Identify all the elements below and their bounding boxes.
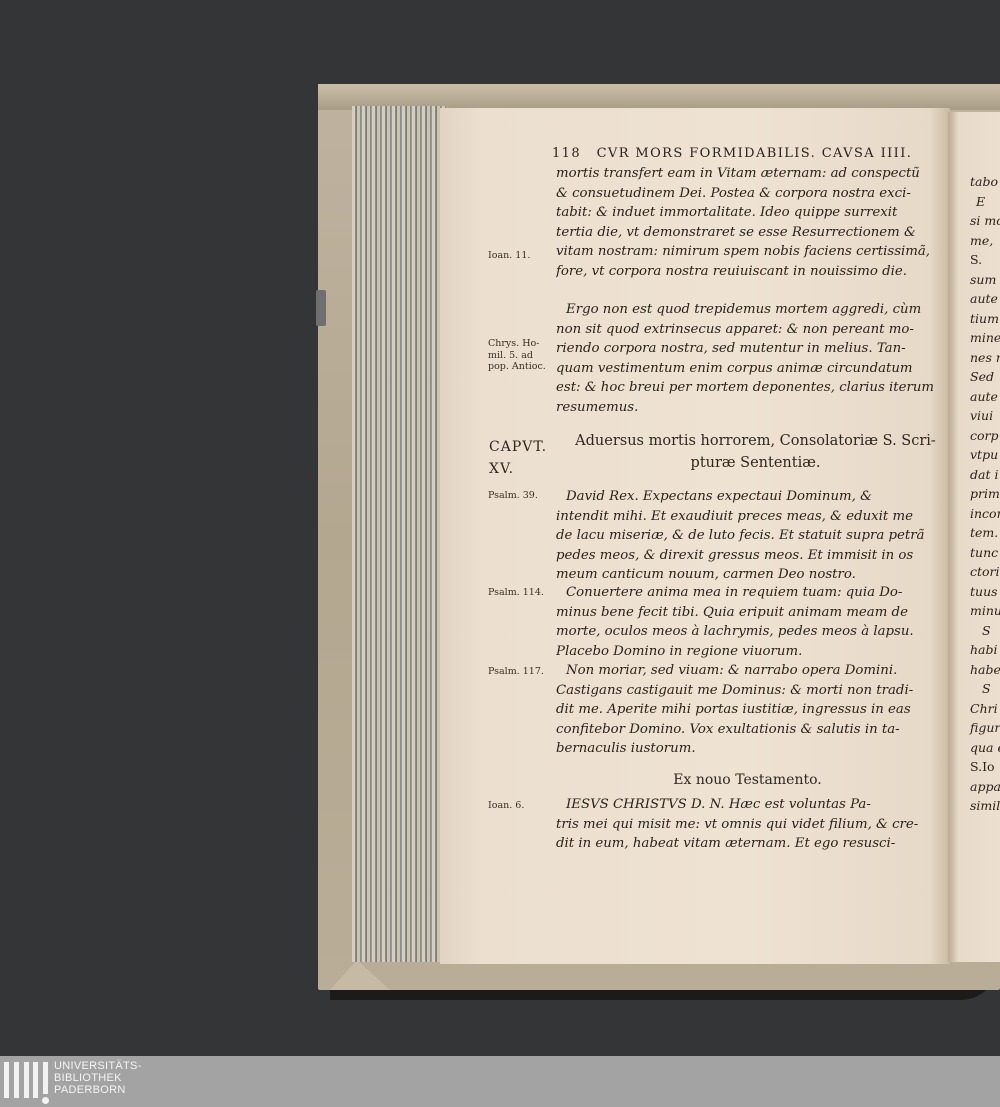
text-fragment: S. (970, 250, 1000, 270)
chapter-number: XV. (489, 458, 559, 480)
chapter-label: CAPVT. XV. (489, 436, 559, 480)
scan-viewer: 118 CVR MORS FORMIDABILIS. CAVSA IIII. m… (0, 0, 1000, 1056)
text-line: fore, vt corpora nostra reuiuiscant in n… (556, 262, 939, 282)
text-fragment: vtpu (970, 445, 1000, 465)
text-fragment: sum (970, 270, 1000, 290)
text-fragment: S (970, 621, 1000, 641)
text-line: morte, oculos meos à lachrymis, pedes me… (556, 622, 939, 642)
text-line: Conuertere anima mea in requiem tuam: qu… (556, 583, 939, 603)
text-fragment: mine (970, 328, 1000, 348)
page-edges (352, 106, 448, 962)
logo-bar (33, 1062, 38, 1098)
text-line: quam vestimentum enim corpus animæ circu… (556, 359, 939, 379)
text-line: tris mei qui misit me: vt omnis qui vide… (556, 815, 939, 835)
text-line: intendit mihi. Et exaudiuit preces meas,… (556, 507, 939, 527)
text-fragment: corp (970, 426, 1000, 446)
text-fragment: appa (970, 777, 1000, 797)
text-fragment: tunc (970, 543, 1000, 563)
margin-note-line: mil. 5. ad (488, 350, 556, 362)
text-line: Placebo Domino in regione viuorum. (556, 642, 939, 662)
text-line: pedes meos, & direxit gressus meos. Et i… (556, 546, 939, 566)
text-fragment: habe (970, 660, 1000, 680)
text-line: Non moriar, sed viuam: & narrabo opera D… (556, 661, 939, 681)
running-head: 118 CVR MORS FORMIDABILIS. CAVSA IIII. (552, 146, 942, 161)
text-line: dit in eum, habeat vitam æternam. Et ego… (556, 834, 939, 854)
margin-note-psalm-114: Psalm. 114. (488, 587, 556, 599)
margin-note-line: pop. Antioc. (488, 361, 556, 373)
text-line: IESVS CHRISTVS D. N. Hæc est voluntas Pa… (556, 795, 939, 815)
text-line: & consuetudinem Dei. Postea & corpora no… (556, 184, 939, 204)
section-title: Ex nouo Testamento. (556, 772, 939, 788)
text-line: riendo corpora nostra, sed mutentur in m… (556, 339, 939, 359)
text-fragment: S.Io (970, 757, 1000, 777)
text-fragment: tium (970, 309, 1000, 329)
margin-note-line: Chrys. Ho- (488, 338, 556, 350)
text-fragment: prim (970, 484, 1000, 504)
text-line: Castigans castigauit me Dominus: & morti… (556, 681, 939, 701)
library-logo-icon[interactable] (4, 1062, 48, 1104)
text-fragment: me, (970, 231, 1000, 251)
running-head-title: CVR MORS FORMIDABILIS. CAVSA IIII. (597, 146, 913, 161)
text-fragment: nes n (970, 348, 1000, 368)
paragraph-6: IESVS CHRISTVS D. N. Hæc est voluntas Pa… (556, 795, 939, 854)
text-fragment: qua e (970, 738, 1000, 758)
text-fragment: tem. (970, 523, 1000, 543)
text-line: est: & hoc breui per mortem deponentes, … (556, 378, 939, 398)
paragraph-5: Non moriar, sed viuam: & narrabo opera D… (556, 661, 939, 759)
logo-bar (43, 1062, 48, 1094)
text-line: de lacu miseriæ, & de luto fecis. Et sta… (556, 526, 939, 546)
clip-icon (316, 290, 326, 326)
text-line: tabit: & induet immortalitate. Ideo quip… (556, 203, 939, 223)
text-fragment: E (970, 192, 1000, 212)
text-fragment: incor (970, 504, 1000, 524)
footer-bar: UNIVERSITÄTS- BIBLIOTHEK PADERBORN (0, 1056, 1000, 1107)
chapter-title-line: pturæ Sententiæ. (568, 452, 943, 474)
text-line: non sit quod extrinsecus apparet: & non … (556, 320, 939, 340)
margin-note-psalm-117: Psalm. 117. (488, 666, 556, 678)
logo-line: UNIVERSITÄTS- (54, 1060, 142, 1072)
margin-note-joan-11: Ioan. 11. (488, 250, 556, 262)
text-fragment: simil (970, 796, 1000, 816)
text-fragment: S (970, 679, 1000, 699)
text-fragment: Chri (970, 699, 1000, 719)
text-line: Ergo non est quod trepidemus mortem aggr… (556, 300, 939, 320)
text-line: dit me. Aperite mihi portas iustitiæ, in… (556, 700, 939, 720)
text-line: resumemus. (556, 398, 939, 418)
text-fragment: minu (970, 601, 1000, 621)
text-fragment: tabo (970, 172, 1000, 192)
text-fragment: habi (970, 640, 1000, 660)
text-fragment: aute (970, 387, 1000, 407)
text-line: vitam nostram: nimirum spem nobis facien… (556, 242, 939, 262)
text-fragment: tuus (970, 582, 1000, 602)
library-logo-text[interactable]: UNIVERSITÄTS- BIBLIOTHEK PADERBORN (54, 1060, 142, 1096)
page-number: 118 (552, 146, 581, 161)
text-line: mortis transfert eam in Vitam æternam: a… (556, 164, 939, 184)
text-line: minus bene fecit tibi. Quia eripuit anim… (556, 603, 939, 623)
text-line: tertia die, vt demonstraret se esse Resu… (556, 223, 939, 243)
text-fragment: viui (970, 406, 1000, 426)
margin-note-chrysostom: Chrys. Ho- mil. 5. ad pop. Antioc. (488, 338, 556, 373)
text-line: meum canticum nouum, carmen Deo nostro. (556, 565, 939, 585)
logo-line: PADERBORN (54, 1084, 142, 1096)
facing-page-text: tabo E si mo me, S. sum aute tium mine n… (970, 172, 1000, 816)
chapter-title: Aduersus mortis horrorem, Consolatoriæ S… (568, 430, 943, 474)
paragraph-2: Ergo non est quod trepidemus mortem aggr… (556, 300, 939, 417)
text-fragment: aute (970, 289, 1000, 309)
paragraph-4: Conuertere anima mea in requiem tuam: qu… (556, 583, 939, 661)
paragraph-3: David Rex. Expectans expectaui Dominum, … (556, 487, 939, 585)
logo-dot (42, 1097, 49, 1104)
logo-bar (14, 1062, 19, 1098)
text-fragment: dat i (970, 465, 1000, 485)
margin-note-psalm-39: Psalm. 39. (488, 490, 556, 502)
text-fragment: Sed (970, 367, 1000, 387)
text-line: David Rex. Expectans expectaui Dominum, … (556, 487, 939, 507)
text-line: confitebor Domino. Vox exultationis & sa… (556, 720, 939, 740)
logo-line: BIBLIOTHEK (54, 1072, 142, 1084)
text-fragment: si mo (970, 211, 1000, 231)
logo-bar (4, 1062, 9, 1098)
paragraph-1: mortis transfert eam in Vitam æternam: a… (556, 164, 939, 281)
text-line: bernaculis iustorum. (556, 739, 939, 759)
chapter-label-word: CAPVT. (489, 436, 559, 458)
logo-bar (24, 1062, 29, 1098)
text-fragment: figur (970, 718, 1000, 738)
chapter-title-line: Aduersus mortis horrorem, Consolatoriæ S… (568, 430, 943, 452)
margin-note-joan-6: Ioan. 6. (488, 800, 556, 812)
text-fragment: ctori (970, 562, 1000, 582)
